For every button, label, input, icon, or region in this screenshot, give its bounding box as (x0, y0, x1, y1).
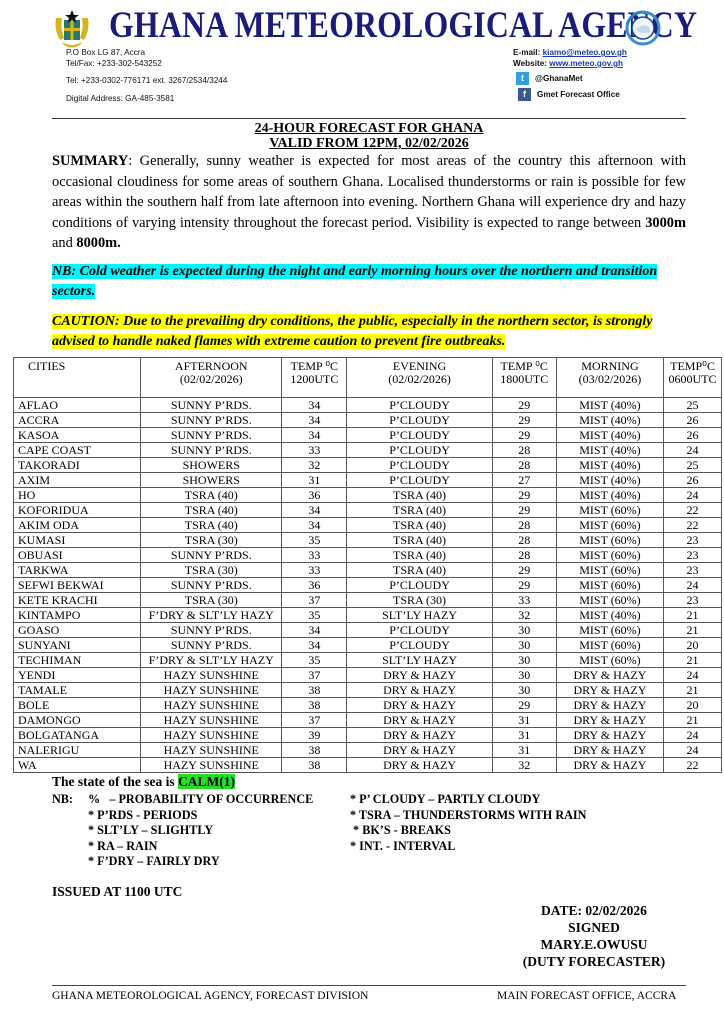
city-cell: KASOA (14, 428, 141, 443)
temp-0600-cell: 24 (664, 743, 722, 758)
temp-1800-cell: 28 (492, 533, 556, 548)
legend-item: % – PROBABILITY OF OCCURRENCE (88, 792, 350, 808)
city-cell: AKIM ODA (14, 518, 141, 533)
morning-cell: MIST (60%) (556, 518, 663, 533)
temp-1800-cell: 30 (492, 653, 556, 668)
legend-item: * RA – RAIN (88, 839, 350, 855)
temp-1800-cell: 31 (492, 713, 556, 728)
legend-row: * P’RDS - PERIODS* TSRA – THUNDERSTORMS … (52, 808, 586, 824)
city-cell: KOFORIDUA (14, 503, 141, 518)
morning-cell: DRY & HAZY (556, 713, 663, 728)
afternoon-cell: F’DRY & SLT’LY HAZY (141, 653, 282, 668)
temp-0600-cell: 24 (664, 443, 722, 458)
temp-1800-cell: 28 (492, 458, 556, 473)
table-row: DAMONGOHAZY SUNSHINE37DRY & HAZY31DRY & … (14, 713, 722, 728)
evening-cell: DRY & HAZY (347, 668, 492, 683)
column-header-subtitle: (03/02/2026) (560, 373, 660, 386)
column-header-subtitle: 1800UTC (496, 373, 553, 386)
city-cell: YENDI (14, 668, 141, 683)
signature-date: DATE: 02/02/2026 (506, 902, 682, 919)
fire-caution-note: CAUTION: Due to the prevailing dry condi… (52, 312, 686, 352)
city-cell: SEFWI BEKWAI (14, 578, 141, 593)
forecast-title: 24-HOUR FORECAST FOR GHANA VALID FROM 12… (52, 121, 686, 151)
table-row: KETE KRACHITSRA (30)37TSRA (30)33MIST (6… (14, 593, 722, 608)
table-row: BOLGATANGAHAZY SUNSHINE39DRY & HAZY31DRY… (14, 728, 722, 743)
agency-title: GHANA METEOROLOGICAL AGENCY (109, 4, 697, 47)
temp-1200-cell: 36 (282, 488, 347, 503)
evening-cell: DRY & HAZY (347, 728, 492, 743)
column-header: TEMP ⁰C1800UTC (492, 358, 556, 398)
city-cell: AXIM (14, 473, 141, 488)
morning-cell: MIST (60%) (556, 563, 663, 578)
legend-nb-label (52, 823, 88, 839)
evening-cell: TSRA (40) (347, 533, 492, 548)
table-body: AFLAOSUNNY P’RDS.34P’CLOUDY29MIST (40%)2… (14, 398, 722, 773)
temp-1800-cell: 29 (492, 563, 556, 578)
abbreviation-legend: NB:% – PROBABILITY OF OCCURRENCE* P’ CLO… (52, 792, 586, 870)
table-row: AXIMSHOWERS31P’CLOUDY27MIST (40%)26 (14, 473, 722, 488)
temp-0600-cell: 22 (664, 503, 722, 518)
city-cell: OBUASI (14, 548, 141, 563)
column-header: MORNING(03/02/2026) (556, 358, 663, 398)
sea-state-label: The state of the sea is (52, 774, 178, 789)
afternoon-cell: TSRA (30) (141, 533, 282, 548)
city-cell: TECHIMAN (14, 653, 141, 668)
temp-1200-cell: 34 (282, 398, 347, 413)
temp-0600-cell: 26 (664, 428, 722, 443)
evening-cell: TSRA (40) (347, 503, 492, 518)
morning-cell: MIST (60%) (556, 548, 663, 563)
column-header-subtitle: 0600UTC (667, 373, 718, 386)
table-row: WAHAZY SUNSHINE38DRY & HAZY32DRY & HAZY2… (14, 758, 722, 773)
visibility-min: 3000m (645, 215, 686, 231)
table-row: KUMASITSRA (30)35TSRA (40)28MIST (60%)23 (14, 533, 722, 548)
morning-cell: MIST (60%) (556, 578, 663, 593)
column-header-subtitle: (02/02/2026) (144, 373, 278, 386)
morning-cell: DRY & HAZY (556, 683, 663, 698)
legend-nb-label (52, 808, 88, 824)
table-row: NALERIGUHAZY SUNSHINE38DRY & HAZY31DRY &… (14, 743, 722, 758)
telephone: Tel: +233-0302-776171 ext. 3267/2534/324… (66, 75, 227, 86)
table-row: TARKWATSRA (30)33TSRA (40)29MIST (60%)23 (14, 563, 722, 578)
table-row: SEFWI BEKWAISUNNY P’RDS.36P’CLOUDY29MIST… (14, 578, 722, 593)
wmo-logo-icon (625, 10, 661, 46)
summary-paragraph: SUMMARY: Generally, sunny weather is exp… (52, 151, 686, 254)
legend-item: * BK’S - BREAKS (350, 823, 451, 839)
email-link[interactable]: kiamo@meteo.gov.gh (543, 48, 627, 57)
temp-1800-cell: 29 (492, 698, 556, 713)
evening-cell: DRY & HAZY (347, 743, 492, 758)
temp-1200-cell: 34 (282, 518, 347, 533)
cold-weather-note: NB: Cold weather is expected during the … (52, 262, 686, 302)
afternoon-cell: SUNNY P’RDS. (141, 578, 282, 593)
evening-cell: P’CLOUDY (347, 443, 492, 458)
sea-state: The state of the sea is CALM(1) (52, 774, 235, 790)
temp-1200-cell: 34 (282, 428, 347, 443)
afternoon-cell: TSRA (40) (141, 488, 282, 503)
evening-cell: TSRA (30) (347, 593, 492, 608)
morning-cell: DRY & HAZY (556, 668, 663, 683)
temp-1200-cell: 38 (282, 743, 347, 758)
afternoon-cell: HAZY SUNSHINE (141, 758, 282, 773)
city-cell: ACCRA (14, 413, 141, 428)
email-label: E-mail: (513, 48, 540, 57)
temp-0600-cell: 23 (664, 593, 722, 608)
temp-0600-cell: 21 (664, 713, 722, 728)
table-row: TECHIMANF’DRY & SLT’LY HAZY35SLT’LY HAZY… (14, 653, 722, 668)
morning-cell: MIST (40%) (556, 413, 663, 428)
city-cell: CAPE COAST (14, 443, 141, 458)
temp-1200-cell: 37 (282, 668, 347, 683)
contact-block: E-mail: kiamo@meteo.gov.gh Website: www.… (513, 47, 627, 101)
legend-nb-label (52, 854, 88, 870)
evening-cell: TSRA (40) (347, 548, 492, 563)
temp-1200-cell: 33 (282, 548, 347, 563)
summary-text: : Generally, sunny weather is expected f… (52, 153, 686, 231)
evening-cell: DRY & HAZY (347, 698, 492, 713)
evening-cell: TSRA (40) (347, 518, 492, 533)
city-cell: TAMALE (14, 683, 141, 698)
temp-1200-cell: 34 (282, 413, 347, 428)
column-header-subtitle: (02/02/2026) (350, 373, 488, 386)
temp-0600-cell: 21 (664, 608, 722, 623)
legend-nb-label: NB: (52, 792, 88, 808)
morning-cell: DRY & HAZY (556, 728, 663, 743)
temp-1800-cell: 28 (492, 548, 556, 563)
morning-cell: MIST (60%) (556, 653, 663, 668)
afternoon-cell: SUNNY P’RDS. (141, 638, 282, 653)
city-cell: AFLAO (14, 398, 141, 413)
temp-0600-cell: 26 (664, 473, 722, 488)
cold-weather-text: NB: Cold weather is expected during the … (52, 264, 657, 299)
po-box: P.O Box LG 87, Accra (66, 47, 227, 58)
facebook-row[interactable]: f Gmet Forecast Office (513, 88, 627, 101)
temp-0600-cell: 21 (664, 623, 722, 638)
temp-1800-cell: 29 (492, 428, 556, 443)
table-row: AKIM ODATSRA (40)34TSRA (40)28MIST (60%)… (14, 518, 722, 533)
afternoon-cell: HAZY SUNSHINE (141, 713, 282, 728)
legend-item: * TSRA – THUNDERSTORMS WITH RAIN (350, 808, 586, 824)
morning-cell: MIST (60%) (556, 638, 663, 653)
morning-cell: MIST (60%) (556, 533, 663, 548)
temp-0600-cell: 23 (664, 563, 722, 578)
temp-1200-cell: 31 (282, 473, 347, 488)
afternoon-cell: HAZY SUNSHINE (141, 683, 282, 698)
temp-1800-cell: 30 (492, 668, 556, 683)
temp-1200-cell: 38 (282, 683, 347, 698)
legend-row: * RA – RAIN* INT. - INTERVAL (52, 839, 586, 855)
table-row: TAKORADISHOWERS32P’CLOUDY28MIST (40%)25 (14, 458, 722, 473)
morning-cell: DRY & HAZY (556, 698, 663, 713)
facebook-page: Gmet Forecast Office (537, 89, 620, 100)
visibility-max: 8000m. (76, 235, 120, 251)
legend-item: * P’ CLOUDY – PARTLY CLOUDY (350, 792, 540, 808)
temp-1200-cell: 35 (282, 653, 347, 668)
summary-conjunction: and (52, 235, 76, 251)
legend-nb-label (52, 839, 88, 855)
table-row: OBUASISUNNY P’RDS.33TSRA (40)28MIST (60%… (14, 548, 722, 563)
column-header-title: CITIES (28, 360, 137, 373)
temp-1800-cell: 29 (492, 578, 556, 593)
morning-cell: MIST (40%) (556, 428, 663, 443)
temp-1200-cell: 37 (282, 593, 347, 608)
temp-1800-cell: 29 (492, 503, 556, 518)
city-cell: WA (14, 758, 141, 773)
city-cell: BOLGATANGA (14, 728, 141, 743)
tel-fax: Tel/Fax: +233-302-543252 (66, 58, 227, 69)
temp-0600-cell: 23 (664, 533, 722, 548)
city-cell: DAMONGO (14, 713, 141, 728)
temp-1200-cell: 34 (282, 503, 347, 518)
temp-1800-cell: 29 (492, 398, 556, 413)
temp-1200-cell: 34 (282, 623, 347, 638)
summary-label: SUMMARY (52, 153, 128, 169)
table-row: BOLEHAZY SUNSHINE38DRY & HAZY29DRY & HAZ… (14, 698, 722, 713)
temp-1200-cell: 38 (282, 758, 347, 773)
city-cell: KINTAMPO (14, 608, 141, 623)
footer-office: MAIN FORECAST OFFICE, ACCRA (497, 990, 676, 1002)
morning-cell: MIST (40%) (556, 608, 663, 623)
forecast-table: CITIESAFTERNOON(02/02/2026)TEMP ⁰C1200UT… (13, 357, 722, 773)
table-row: YENDIHAZY SUNSHINE37DRY & HAZY30DRY & HA… (14, 668, 722, 683)
afternoon-cell: HAZY SUNSHINE (141, 743, 282, 758)
evening-cell: TSRA (40) (347, 488, 492, 503)
temp-1800-cell: 27 (492, 473, 556, 488)
temp-0600-cell: 24 (664, 578, 722, 593)
city-cell: TAKORADI (14, 458, 141, 473)
evening-cell: P’CLOUDY (347, 428, 492, 443)
afternoon-cell: SUNNY P’RDS. (141, 398, 282, 413)
temp-0600-cell: 20 (664, 698, 722, 713)
legend-item: * INT. - INTERVAL (350, 839, 455, 855)
footer-divider (52, 985, 686, 986)
afternoon-cell: HAZY SUNSHINE (141, 668, 282, 683)
temp-1200-cell: 35 (282, 533, 347, 548)
evening-cell: P’CLOUDY (347, 623, 492, 638)
city-cell: KUMASI (14, 533, 141, 548)
morning-cell: MIST (40%) (556, 488, 663, 503)
temp-1800-cell: 33 (492, 593, 556, 608)
legend-item: * P’RDS - PERIODS (88, 808, 350, 824)
temp-1800-cell: 28 (492, 518, 556, 533)
temp-1800-cell: 32 (492, 758, 556, 773)
afternoon-cell: HAZY SUNSHINE (141, 728, 282, 743)
temp-0600-cell: 21 (664, 653, 722, 668)
table-row: HOTSRA (40)36TSRA (40)29MIST (40%)24 (14, 488, 722, 503)
twitter-handle: @GhanaMet (535, 73, 583, 84)
title-line-1: 24-HOUR FORECAST FOR GHANA (52, 121, 686, 136)
city-cell: NALERIGU (14, 743, 141, 758)
evening-cell: P’CLOUDY (347, 638, 492, 653)
sea-state-value: CALM(1) (178, 774, 235, 789)
twitter-icon: t (516, 72, 529, 85)
temp-1800-cell: 29 (492, 413, 556, 428)
forecaster-name: MARY.E.OWUSU (506, 936, 682, 953)
evening-cell: DRY & HAZY (347, 683, 492, 698)
temp-0600-cell: 24 (664, 488, 722, 503)
table-row: KOFORIDUATSRA (40)34TSRA (40)29MIST (60%… (14, 503, 722, 518)
table-row: KASOASUNNY P’RDS.34P’CLOUDY29MIST (40%)2… (14, 428, 722, 443)
evening-cell: P’CLOUDY (347, 473, 492, 488)
temp-1200-cell: 33 (282, 443, 347, 458)
temp-1800-cell: 31 (492, 728, 556, 743)
morning-cell: MIST (60%) (556, 593, 663, 608)
afternoon-cell: SUNNY P’RDS. (141, 623, 282, 638)
temp-0600-cell: 20 (664, 638, 722, 653)
signature-block: DATE: 02/02/2026 SIGNED MARY.E.OWUSU (DU… (506, 902, 682, 970)
afternoon-cell: SUNNY P’RDS. (141, 443, 282, 458)
temp-1200-cell: 37 (282, 713, 347, 728)
website-link[interactable]: www.meteo.gov.gh (549, 59, 623, 68)
temp-0600-cell: 22 (664, 758, 722, 773)
evening-cell: DRY & HAZY (347, 713, 492, 728)
afternoon-cell: SHOWERS (141, 458, 282, 473)
afternoon-cell: SUNNY P’RDS. (141, 548, 282, 563)
temp-1200-cell: 34 (282, 638, 347, 653)
temp-0600-cell: 23 (664, 548, 722, 563)
temp-1200-cell: 38 (282, 698, 347, 713)
temp-1800-cell: 30 (492, 638, 556, 653)
legend-row: * F’DRY – FAIRLY DRY (52, 854, 586, 870)
column-header: CITIES (14, 358, 141, 398)
legend-row: * SLT’LY – SLIGHTLY * BK’S - BREAKS (52, 823, 586, 839)
table-row: KINTAMPOF’DRY & SLT’LY HAZY35SLT’LY HAZY… (14, 608, 722, 623)
table-row: ACCRASUNNY P’RDS.34P’CLOUDY29MIST (40%)2… (14, 413, 722, 428)
afternoon-cell: SUNNY P’RDS. (141, 428, 282, 443)
morning-cell: DRY & HAZY (556, 758, 663, 773)
morning-cell: MIST (40%) (556, 458, 663, 473)
fire-caution-text: CAUTION: Due to the prevailing dry condi… (52, 314, 652, 349)
evening-cell: P’CLOUDY (347, 578, 492, 593)
digital-address: Digital Address: GA-485-3581 (66, 93, 227, 104)
evening-cell: P’CLOUDY (347, 398, 492, 413)
evening-cell: P’CLOUDY (347, 458, 492, 473)
city-cell: GOASO (14, 623, 141, 638)
morning-cell: DRY & HAZY (556, 743, 663, 758)
afternoon-cell: SHOWERS (141, 473, 282, 488)
column-header-subtitle: 1200UTC (285, 373, 343, 386)
table-row: TAMALEHAZY SUNSHINE38DRY & HAZY30DRY & H… (14, 683, 722, 698)
temp-0600-cell: 25 (664, 458, 722, 473)
temp-1200-cell: 36 (282, 578, 347, 593)
evening-cell: SLT’LY HAZY (347, 608, 492, 623)
ghana-coat-of-arms-icon (52, 8, 92, 50)
afternoon-cell: HAZY SUNSHINE (141, 698, 282, 713)
legend-item: * SLT’LY – SLIGHTLY (88, 823, 350, 839)
city-cell: HO (14, 488, 141, 503)
afternoon-cell: F’DRY & SLT’LY HAZY (141, 608, 282, 623)
column-header: AFTERNOON(02/02/2026) (141, 358, 282, 398)
column-header: TEMP ⁰C1200UTC (282, 358, 347, 398)
legend-row: NB:% – PROBABILITY OF OCCURRENCE* P’ CLO… (52, 792, 586, 808)
legend-item: * F’DRY – FAIRLY DRY (88, 854, 350, 870)
temp-0600-cell: 24 (664, 728, 722, 743)
temp-1800-cell: 28 (492, 443, 556, 458)
city-cell: KETE KRACHI (14, 593, 141, 608)
evening-cell: DRY & HAZY (347, 758, 492, 773)
title-line-2: VALID FROM 12PM, 02/02/2026 (52, 136, 686, 151)
footer-division: GHANA METEOROLOGICAL AGENCY, FORECAST DI… (52, 990, 368, 1002)
temp-0600-cell: 22 (664, 518, 722, 533)
afternoon-cell: TSRA (40) (141, 503, 282, 518)
morning-cell: MIST (40%) (556, 473, 663, 488)
twitter-row[interactable]: t @GhanaMet (513, 72, 627, 85)
table-row: GOASOSUNNY P’RDS.34P’CLOUDY30MIST (60%)2… (14, 623, 722, 638)
city-cell: SUNYANI (14, 638, 141, 653)
temp-0600-cell: 26 (664, 413, 722, 428)
table-row: AFLAOSUNNY P’RDS.34P’CLOUDY29MIST (40%)2… (14, 398, 722, 413)
morning-cell: MIST (60%) (556, 503, 663, 518)
afternoon-cell: TSRA (30) (141, 563, 282, 578)
temp-1800-cell: 30 (492, 683, 556, 698)
temp-0600-cell: 21 (664, 683, 722, 698)
signature-signed: SIGNED (506, 919, 682, 936)
table-row: SUNYANISUNNY P’RDS.34P’CLOUDY30MIST (60%… (14, 638, 722, 653)
temp-1800-cell: 29 (492, 488, 556, 503)
afternoon-cell: TSRA (40) (141, 518, 282, 533)
facebook-icon: f (518, 88, 531, 101)
city-cell: TARKWA (14, 563, 141, 578)
header-divider (52, 118, 686, 119)
temp-1200-cell: 39 (282, 728, 347, 743)
temp-0600-cell: 25 (664, 398, 722, 413)
morning-cell: MIST (40%) (556, 398, 663, 413)
evening-cell: SLT’LY HAZY (347, 653, 492, 668)
morning-cell: MIST (40%) (556, 443, 663, 458)
evening-cell: P’CLOUDY (347, 413, 492, 428)
morning-cell: MIST (60%) (556, 623, 663, 638)
temp-1200-cell: 33 (282, 563, 347, 578)
temp-1200-cell: 35 (282, 608, 347, 623)
table-row: CAPE COASTSUNNY P’RDS.33P’CLOUDY28MIST (… (14, 443, 722, 458)
temp-1200-cell: 32 (282, 458, 347, 473)
column-header: EVENING(02/02/2026) (347, 358, 492, 398)
city-cell: BOLE (14, 698, 141, 713)
afternoon-cell: SUNNY P’RDS. (141, 413, 282, 428)
issued-time: ISSUED AT 1100 UTC (52, 884, 182, 900)
temp-0600-cell: 24 (664, 668, 722, 683)
afternoon-cell: TSRA (30) (141, 593, 282, 608)
website-label: Website: (513, 59, 547, 68)
evening-cell: TSRA (40) (347, 563, 492, 578)
temp-1800-cell: 32 (492, 608, 556, 623)
address-block: P.O Box LG 87, Accra Tel/Fax: +233-302-5… (66, 47, 227, 104)
column-header: TEMP⁰C0600UTC (664, 358, 722, 398)
table-header-row: CITIESAFTERNOON(02/02/2026)TEMP ⁰C1200UT… (14, 358, 722, 398)
temp-1800-cell: 31 (492, 743, 556, 758)
forecaster-role: (DUTY FORECASTER) (506, 953, 682, 970)
temp-1800-cell: 30 (492, 623, 556, 638)
